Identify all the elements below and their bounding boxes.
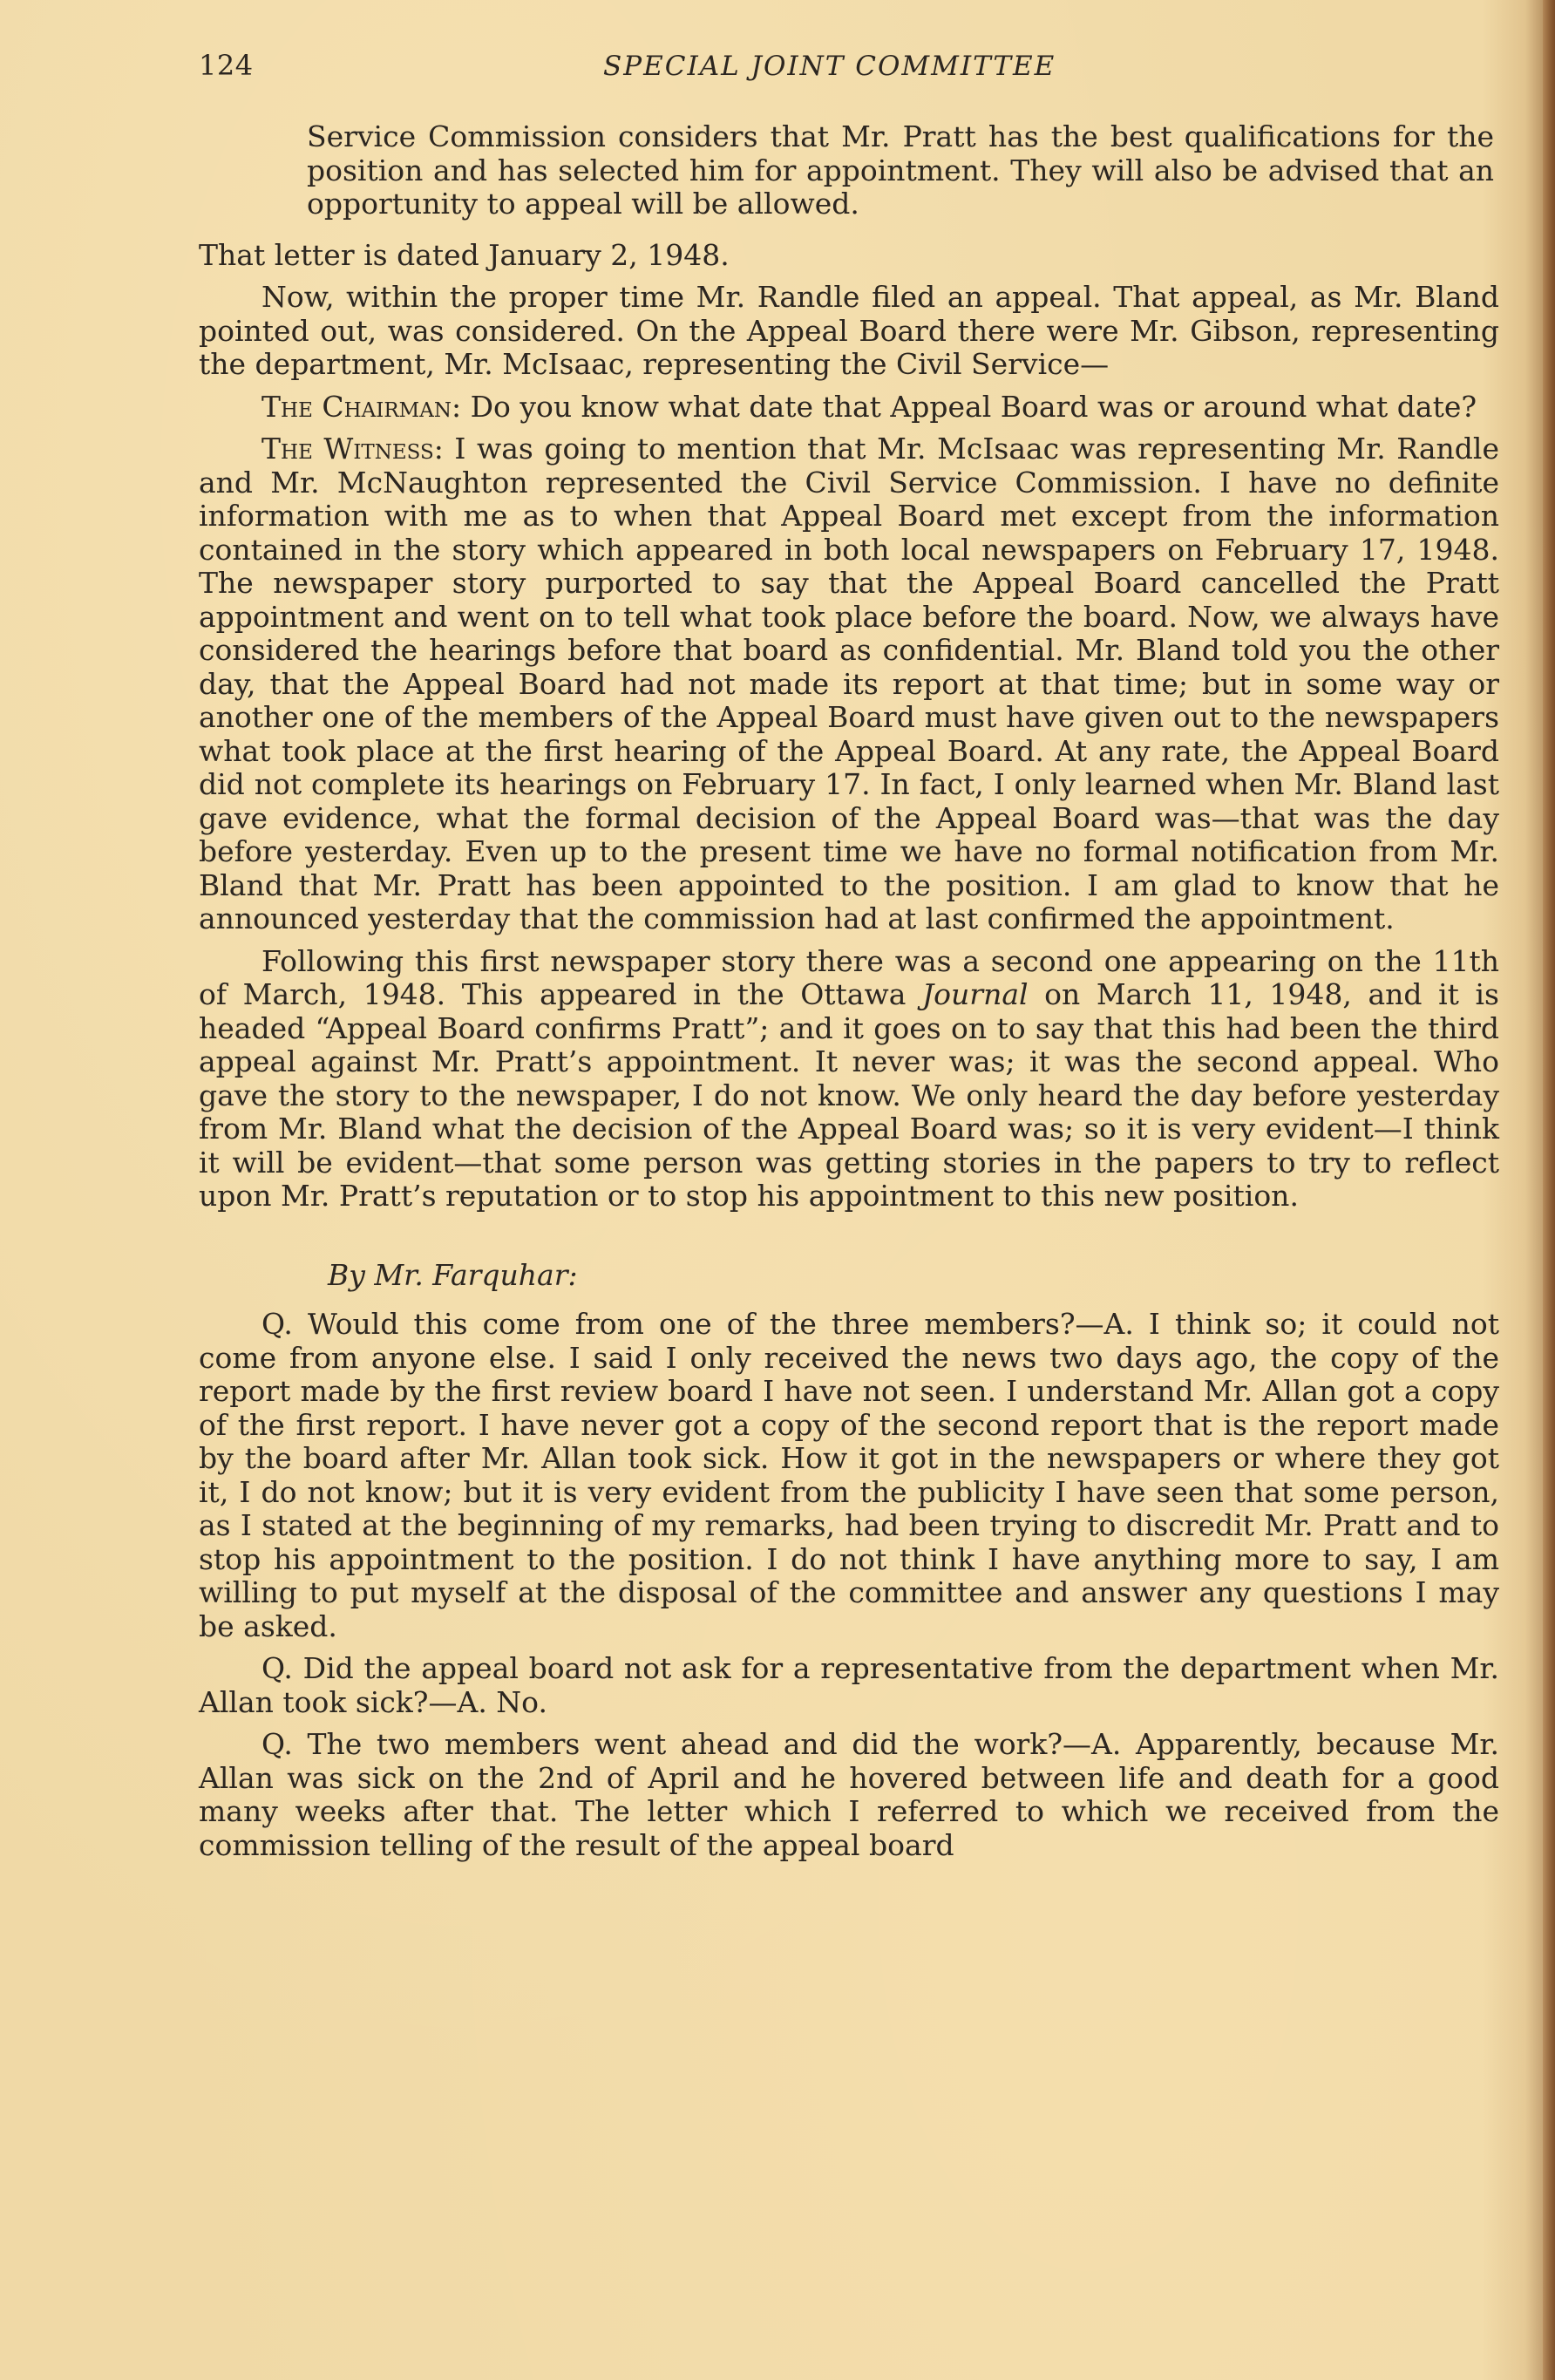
page-spine-edge	[1543, 0, 1555, 2380]
witness-text: I was going to mention that Mr. McIsaac …	[199, 432, 1499, 935]
speaker-witness: The Witness:	[261, 432, 444, 466]
newspaper-text-part2: on March 11, 1948, and it is headed “App…	[199, 977, 1499, 1213]
quoted-letter-excerpt: Service Commission considers that Mr. Pr…	[307, 120, 1494, 221]
examiner-byline: By Mr. Farquhar:	[328, 1259, 1499, 1293]
letter-date-paragraph: That letter is dated January 2, 1948.	[199, 239, 1499, 273]
qa-paragraph: Q. Would this come from one of the three…	[199, 1308, 1499, 1643]
newspaper-story-paragraph: Following this first newspaper story the…	[199, 945, 1499, 1214]
chairman-paragraph: The Chairman: Do you know what date that…	[199, 391, 1499, 425]
body-text: Service Commission considers that Mr. Pr…	[199, 120, 1499, 1862]
chairman-text: Do you know what date that Appeal Board …	[461, 390, 1477, 424]
page-number: 124	[199, 49, 254, 82]
witness-paragraph: The Witness: I was going to mention that…	[199, 432, 1499, 936]
running-head: 124 SPECIAL JOINT COMMITTEE	[199, 49, 1497, 87]
qa-paragraph: Q. The two members went ahead and did th…	[199, 1728, 1499, 1862]
page-header-title: SPECIAL JOINT COMMITTEE	[603, 51, 1056, 82]
appeal-paragraph: Now, within the proper time Mr. Randle f…	[199, 281, 1499, 382]
newspaper-name-italic: Journal	[922, 977, 1029, 1011]
document-page: 124 SPECIAL JOINT COMMITTEE Service Comm…	[0, 0, 1555, 2380]
speaker-chairman: The Chairman:	[261, 390, 461, 424]
qa-paragraph: Q. Did the appeal board not ask for a re…	[199, 1652, 1499, 1719]
